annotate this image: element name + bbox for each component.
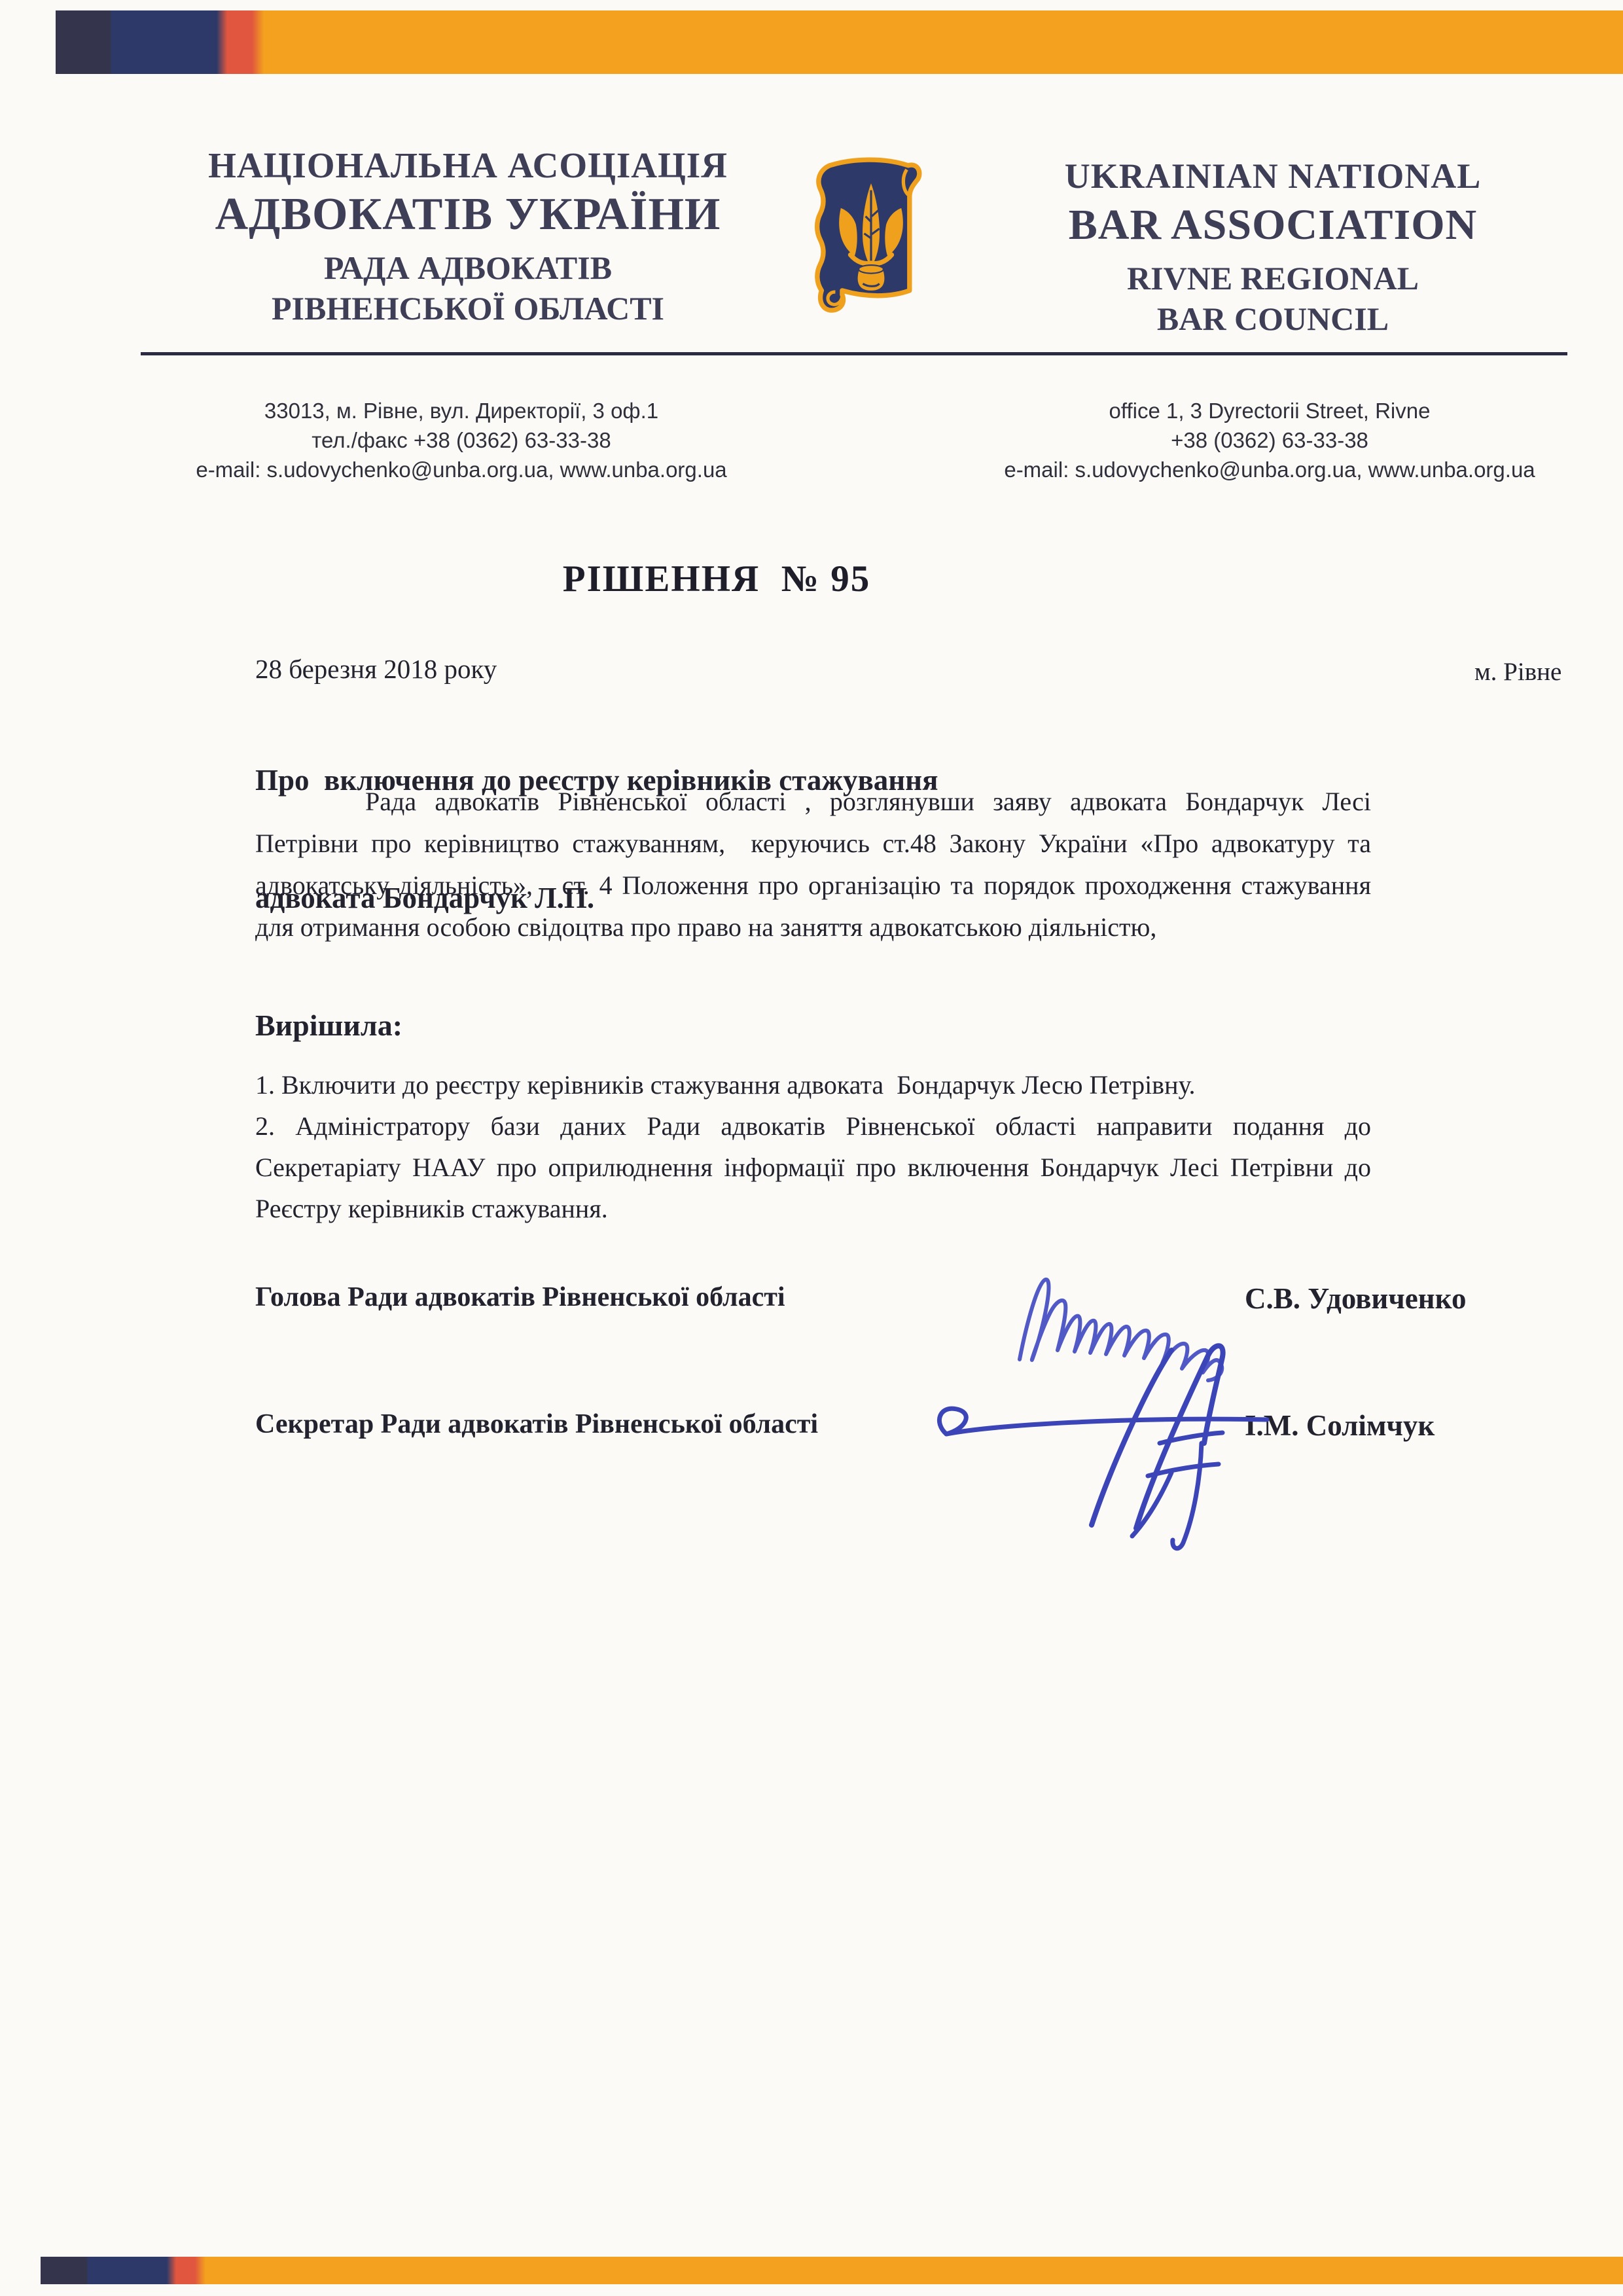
letterhead-line: РАДА АДВОКАТІВ xyxy=(164,249,772,287)
address-line: office 1, 3 Dyrectorii Street, Rivne xyxy=(988,396,1551,425)
unba-logo-icon xyxy=(802,154,940,319)
decision-items: 1. Включити до реєстру керівників стажув… xyxy=(255,1064,1371,1229)
letterhead-ukrainian: НАЦІОНАЛЬНА АСОЦІАЦІЯ АДВОКАТІВ УКРАЇНИ … xyxy=(164,145,772,327)
letterhead-line: РІВНЕНСЬКОЇ ОБЛАСТІ xyxy=(164,289,772,327)
letterhead-line: BAR COUNCIL xyxy=(982,300,1564,338)
letterhead-english: UKRAINIAN NATIONAL BAR ASSOCIATION RIVNE… xyxy=(982,156,1564,338)
contact-block-ukrainian: 33013, м. Рівне, вул. Директорії, 3 оф.1… xyxy=(167,396,756,484)
signer-role: Голова Ради адвокатів Рівненської област… xyxy=(255,1282,785,1313)
resolved-label: Вирішила: xyxy=(255,1008,402,1043)
document-page: НАЦІОНАЛЬНА АСОЦІАЦІЯ АДВОКАТІВ УКРАЇНИ … xyxy=(0,0,1623,2296)
signature-row-secretary: Секретар Ради адвокатів Рівненської обла… xyxy=(255,1408,1492,1448)
letterhead-line: BAR ASSOCIATION xyxy=(982,199,1564,251)
contact-block-english: office 1, 3 Dyrectorii Street, Rivne +38… xyxy=(988,396,1551,484)
email-line: e-mail: s.udovychenko@unba.org.ua, www.u… xyxy=(988,455,1551,484)
signer-role: Секретар Ради адвокатів Рівненської обла… xyxy=(255,1408,818,1440)
decision-item: 2. Адміністратору бази даних Ради адвока… xyxy=(255,1105,1371,1229)
letterhead-line: АДВОКАТІВ УКРАЇНИ xyxy=(164,188,772,241)
decision-date: 28 березня 2018 року xyxy=(255,653,497,685)
letterhead-divider xyxy=(141,352,1567,355)
letterhead-line: НАЦІОНАЛЬНА АСОЦІАЦІЯ xyxy=(164,145,772,186)
letterhead-line: RIVNE REGIONAL xyxy=(982,259,1564,297)
decision-item: 1. Включити до реєстру керівників стажув… xyxy=(255,1064,1371,1105)
decision-place: м. Рівне xyxy=(1474,657,1561,687)
handwritten-signature-ink xyxy=(916,1247,1296,1554)
bottom-color-bar xyxy=(41,2257,1623,2284)
decision-title: РІШЕННЯ № 95 xyxy=(0,558,1623,600)
top-color-bar xyxy=(56,10,1623,74)
signature-row-head: Голова Ради адвокатів Рівненської област… xyxy=(255,1282,1492,1321)
decision-body: Рада адвокатів Рівненської області , роз… xyxy=(255,781,1371,948)
phone-line: тел./факс +38 (0362) 63-33-38 xyxy=(167,425,756,455)
email-line: e-mail: s.udovychenko@unba.org.ua, www.u… xyxy=(167,455,756,484)
address-line: 33013, м. Рівне, вул. Директорії, 3 оф.1 xyxy=(167,396,756,425)
phone-line: +38 (0362) 63-33-38 xyxy=(988,425,1551,455)
letterhead-line: UKRAINIAN NATIONAL xyxy=(982,156,1564,196)
